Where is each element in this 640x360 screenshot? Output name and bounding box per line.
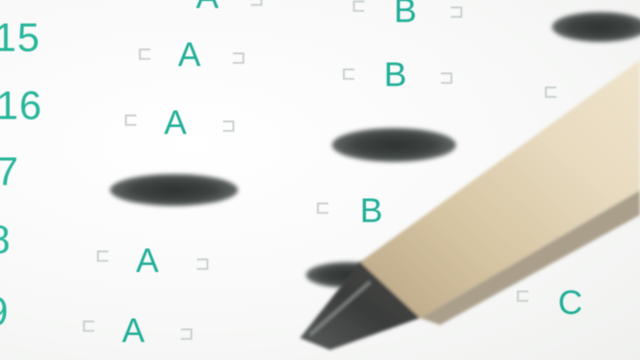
- question-number: 16: [0, 84, 43, 129]
- bracket-icon: ⊏: [342, 62, 355, 87]
- bracket-icon: ⊏: [96, 244, 109, 269]
- choice-a: A: [164, 104, 187, 143]
- bracket-icon: ⊏: [352, 0, 365, 19]
- choice-b: B: [360, 192, 383, 231]
- filled-bubble-mark: [306, 262, 390, 288]
- bracket-icon: ⊏: [82, 314, 95, 339]
- bracket-icon: ⊐: [180, 322, 193, 347]
- question-number: 7: [0, 150, 19, 195]
- filled-bubble-mark: [552, 12, 640, 42]
- bracket-icon: ⊐: [196, 252, 209, 277]
- choice-a: A: [136, 242, 159, 281]
- bracket-icon: ⊐: [440, 66, 453, 91]
- bracket-icon: ⊐: [250, 0, 263, 13]
- answer-sheet-photo: 15 16 7 8 9 A ⊐ ⊏ A ⊐ ⊏ A ⊐ ⊏ A ⊐ ⊏ A ⊐ …: [0, 0, 640, 360]
- question-number: 15: [0, 16, 41, 61]
- choice-a: A: [196, 0, 219, 17]
- bracket-icon: ⊐: [222, 114, 235, 139]
- bracket-icon: ⊐: [232, 46, 245, 71]
- choice-c: C: [558, 284, 583, 323]
- choice-b: B: [384, 56, 407, 95]
- filled-bubble-mark: [110, 174, 238, 206]
- bracket-icon: ⊏: [516, 284, 529, 309]
- choice-a: A: [122, 312, 145, 351]
- bracket-icon: ⊏: [124, 108, 137, 133]
- question-number: 9: [0, 290, 9, 335]
- choice-a: A: [178, 36, 201, 75]
- pencil-icon: [0, 0, 640, 360]
- bracket-icon: ⊏: [544, 80, 557, 105]
- bracket-icon: ⊐: [450, 0, 463, 25]
- bracket-icon: ⊏: [138, 42, 151, 67]
- choice-b: B: [394, 0, 417, 31]
- filled-bubble-mark: [332, 128, 456, 162]
- question-number: 8: [0, 218, 11, 263]
- bracket-icon: ⊏: [316, 196, 329, 221]
